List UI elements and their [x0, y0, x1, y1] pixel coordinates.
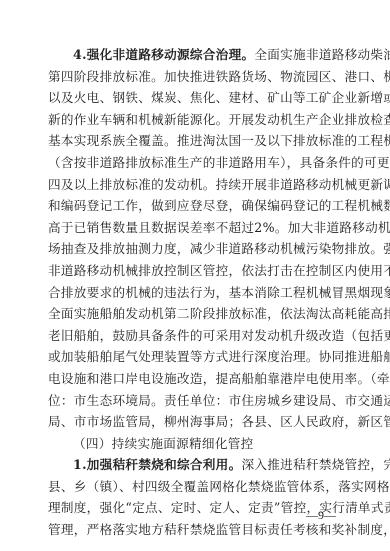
text-line: 理制度，强化“定点、定时、定人、定责”管控，实行清单式责任: [48, 497, 344, 519]
text-line: 四及以上排放标准的发动机。持续开展非道路移动机械更新调查: [48, 174, 344, 196]
text-line: 电设施和港口岸电设施改造，提高船舶靠港岸电使用率。（牵头单: [48, 368, 344, 390]
section-heading: 1.加强秸秆禁烧和综合利用。: [73, 457, 241, 472]
page-number: —9—: [306, 508, 336, 523]
text-line: 1.加强秸秆禁烧和综合利用。深入推进秸秆禁烧管控，完善市、: [48, 454, 344, 476]
section-heading: 4.强化非道路移动源综合治理。: [73, 47, 254, 62]
document-body: 4.强化非道路移动源综合治理。全面实施非道路移动柴油机械 第四阶段排放标准。加快…: [48, 44, 344, 541]
subsection-heading: （四）持续实施面源精细化管控: [48, 433, 344, 455]
text-line: 基本实现系族全覆盖。推进淘汰国一及以下排放标准的工程机械: [48, 130, 344, 152]
text-line: 以及火电、钢铁、煤炭、焦化、建材、矿山等工矿企业新增或更: [48, 87, 344, 109]
text-line: 4.强化非道路移动源综合治理。全面实施非道路移动柴油机械: [48, 44, 344, 66]
text-line: （含按非道路排放标准生产的非道路用车），具备条件的可更换国: [48, 152, 344, 174]
text-line: 高于已销售数量且数据误差率不超过2%。加大非道路移动机械现: [48, 217, 344, 239]
text-line: 位：市生态环境局。责任单位：市住房城乡建设局、市交通运输: [48, 390, 344, 412]
text-line: 和编码登记工作，做到应登尽登，确保编码登记的工程机械数量: [48, 195, 344, 217]
text-line: 县、乡（镇）、村四级全覆盖网格化禁烧监管体系，落实网格员管: [48, 476, 344, 498]
text-line: 或加装船舶尾气处理装置等方式进行深度治理。协同推进船舶受: [48, 346, 344, 368]
text-line: 全面实施船舶发动机第二阶段排放标准，依法淘汰高耗能高排放: [48, 303, 344, 325]
text-line: 场抽查及排放抽测力度，减少非道路移动机械污染物排放。强化: [48, 238, 344, 260]
text-line: 老旧船舶，鼓励具备条件的可采用对发动机升级改造（包括更换）: [48, 325, 344, 347]
text-line: 第四阶段排放标准。加快推进铁路货场、物流园区、港口、机场，: [48, 66, 344, 88]
text-line: 管理，严格落实地方秸秆禁烧监管目标责任考核和奖补制度，充: [48, 519, 344, 541]
text-line: 局、市市场监管局，柳州海事局；各县、区人民政府，新区管委）: [48, 411, 344, 433]
text-line: 新的作业车辆和机械新能源化。开展发动机生产企业排放检查，: [48, 109, 344, 131]
text-line: 非道路移动机械排放控制区管控，依法打击在控制区内使用不符: [48, 260, 344, 282]
text-line: 合排放要求的机械的违法行为，基本消除工程机械冒黑烟现象。: [48, 282, 344, 304]
